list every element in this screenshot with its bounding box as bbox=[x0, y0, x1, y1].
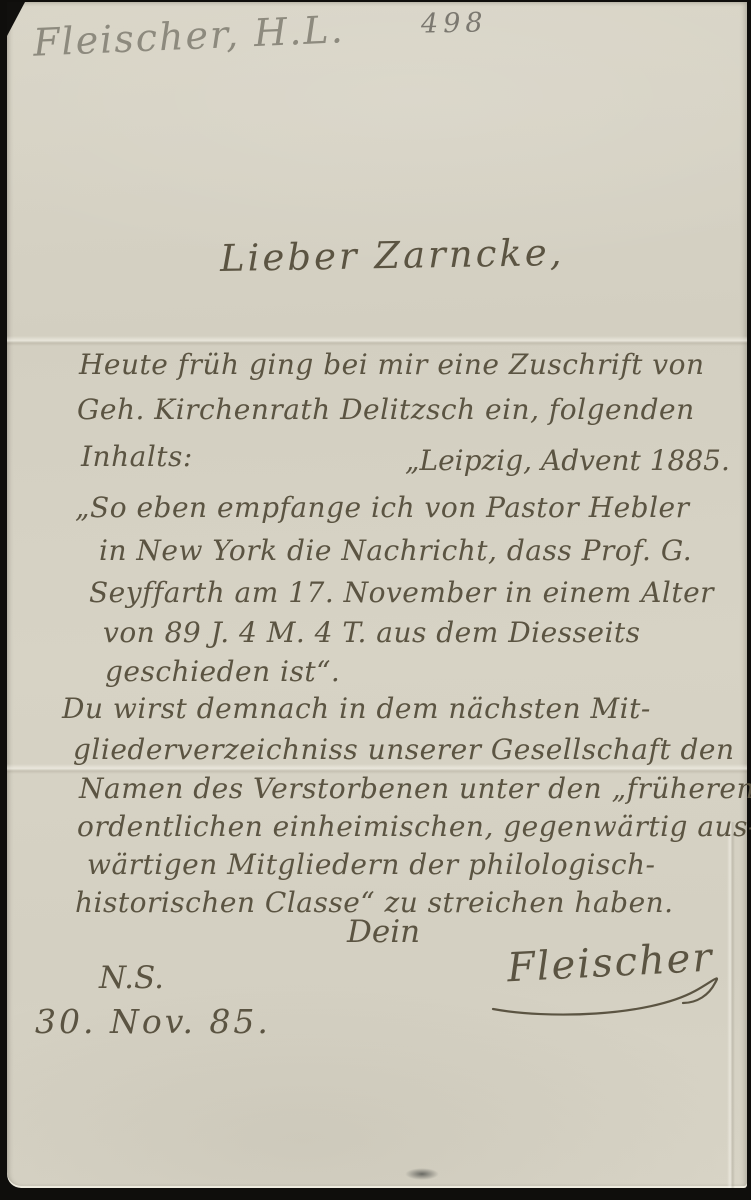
letter-line: wärtigen Mitgliedern der philologisch- bbox=[87, 848, 656, 881]
closing: Dein bbox=[347, 914, 420, 950]
letter-line: Heute früh ging bei mir eine Zuschrift v… bbox=[79, 348, 705, 381]
letter-line: von 89 J. 4 M. 4 T. aus dem Diesseits bbox=[103, 616, 641, 649]
letter-line: Geh. Kirchenrath Delitzsch ein, folgende… bbox=[77, 393, 695, 426]
page-number: 498 bbox=[421, 7, 488, 39]
paper-sheet: Fleischer, H.L. 498 Lieber Zarncke, Heut… bbox=[7, 2, 747, 1188]
ink-smudge bbox=[405, 1168, 439, 1180]
letter-line: geschieden ist“. bbox=[105, 655, 340, 688]
scan-background: Fleischer, H.L. 498 Lieber Zarncke, Heut… bbox=[0, 0, 751, 1200]
corner-tear bbox=[7, 2, 25, 36]
letter-line: gliederverzeichniss unserer Gesellschaft… bbox=[73, 733, 735, 766]
postscript-date: 30. Nov. 85. bbox=[35, 1002, 271, 1041]
salutation: Lieber Zarncke, bbox=[220, 231, 565, 280]
letter-line: Du wirst demnach in dem nächsten Mit- bbox=[62, 692, 651, 725]
fold-crease-top bbox=[7, 336, 747, 346]
letter-line: in New York die Nachricht, dass Prof. G. bbox=[99, 534, 692, 567]
archival-note: Fleischer, H.L. bbox=[32, 7, 345, 65]
letter-line: „So eben empfange ich von Pastor Hebler bbox=[75, 491, 690, 524]
signature-flourish bbox=[487, 957, 737, 1027]
letter-line: Seyffarth am 17. November in einem Alter bbox=[89, 576, 714, 609]
letter-line: ordentlichen einheimischen, gegenwärtig … bbox=[77, 810, 751, 843]
postscript-initials: N.S. bbox=[99, 960, 164, 996]
quote-dateline: „Leipzig, Advent 1885. bbox=[405, 444, 730, 477]
letter-line: Inhalts: bbox=[81, 440, 193, 473]
letter-line: Namen des Verstorbenen unter den „früher… bbox=[79, 772, 751, 805]
